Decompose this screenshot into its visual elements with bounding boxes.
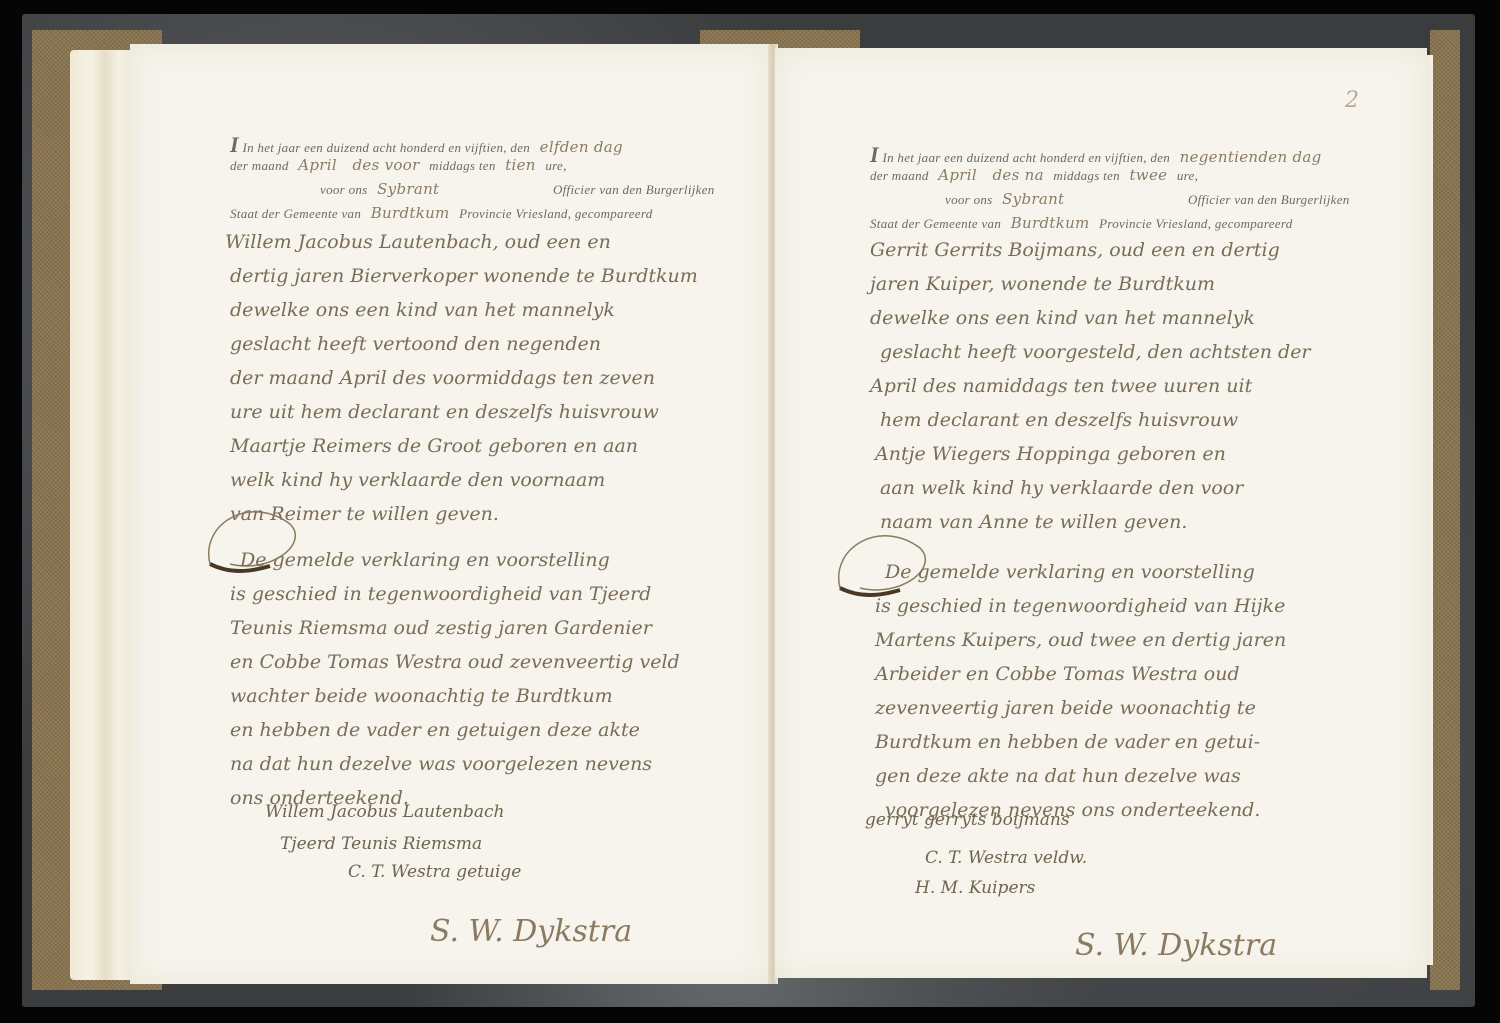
- signature-witness-2: C. T. Westra veldw.: [925, 848, 1087, 868]
- witness-line: wachter beide woonachtig te Burdtkum: [230, 680, 613, 713]
- hand-line: Willem Jacobus Lautenbach, oud een en: [225, 226, 611, 259]
- hand-line: dewelke ons een kind van het mannelyk: [230, 294, 615, 327]
- dropcap: I: [230, 132, 239, 157]
- printed-text: Provincie Vriesland, gecompareerd: [459, 206, 652, 221]
- printed-text: In het jaar een duizend acht honderd en …: [242, 140, 530, 155]
- handwritten-day: elfden dag: [540, 138, 623, 156]
- printed-text: In het jaar een duizend acht honderd en …: [882, 150, 1170, 165]
- signature-father: gerryt gerryts boijmans: [865, 810, 1070, 830]
- hand-line: aan welk kind hy verklaarde den voor: [880, 472, 1243, 505]
- signature-officer: S. W. Dykstra: [1075, 928, 1277, 963]
- hand-line: Antje Wiegers Hoppinga geboren en: [875, 438, 1226, 471]
- printed-text: der maand: [870, 168, 929, 183]
- form-line-4: Staat der Gemeente van Burdtkum Provinci…: [230, 204, 653, 222]
- printed-text: middags ten: [1053, 168, 1120, 183]
- signature-witness-1: H. M. Kuipers: [915, 878, 1035, 898]
- witness-line: Arbeider en Cobbe Tomas Westra oud: [875, 658, 1240, 691]
- witness-line: De gemelde verklaring en voorstelling: [240, 544, 610, 577]
- printed-text: ure,: [1177, 168, 1198, 183]
- witness-line: na dat hun dezelve was voorgelezen neven…: [230, 748, 652, 781]
- printed-text: Officier van den Burgerlijken: [553, 182, 715, 197]
- witness-line: en Cobbe Tomas Westra oud zevenveertig v…: [230, 646, 680, 679]
- dropcap: I: [870, 142, 879, 167]
- signature-officer: S. W. Dykstra: [430, 914, 632, 949]
- witness-line: De gemelde verklaring en voorstelling: [885, 556, 1255, 589]
- handwritten-municipality: Burdtkum: [1011, 214, 1090, 232]
- handwritten-month: April: [938, 166, 977, 184]
- form-line-3: voor ons Sybrant Officier van den Burger…: [320, 180, 715, 198]
- page-number: 2: [1345, 88, 1359, 113]
- printed-text: Staat der Gemeente van: [230, 206, 361, 221]
- hand-line: ure uit hem declarant en deszelfs huisvr…: [230, 396, 659, 429]
- witness-line: is geschied in tegenwoordigheid van Hijk…: [875, 590, 1285, 623]
- form-line-4: Staat der Gemeente van Burdtkum Provinci…: [870, 214, 1293, 232]
- hand-line: geslacht heeft voorgesteld, den achtsten…: [880, 336, 1311, 369]
- witness-line: Teunis Riemsma oud zestig jaren Gardenie…: [230, 612, 652, 645]
- printed-text: der maand: [230, 158, 289, 173]
- hand-line: April des namiddags ten twee uuren uit: [870, 370, 1252, 403]
- handwritten-day: negentienden dag: [1180, 148, 1322, 166]
- printed-text: Officier van den Burgerlijken: [1188, 192, 1350, 207]
- printed-text: Staat der Gemeente van: [870, 216, 1001, 231]
- hand-line: der maand April des voormiddags ten zeve…: [230, 362, 655, 395]
- hand-line: Maartje Reimers de Groot geboren en aan: [230, 430, 638, 463]
- witness-line: Martens Kuipers, oud twee en dertig jare…: [875, 624, 1286, 657]
- hand-line: dewelke ons een kind van het mannelyk: [870, 302, 1255, 335]
- handwritten-hour: twee: [1129, 166, 1167, 184]
- hand-line: Gerrit Gerrits Boijmans, oud een en dert…: [870, 234, 1280, 267]
- handwritten-fill: des voor: [353, 156, 420, 174]
- printed-text: voor ons: [320, 182, 368, 197]
- signature-witness-2: C. T. Westra getuige: [348, 862, 521, 882]
- hand-line: hem declarant en deszelfs huisvrouw: [880, 404, 1238, 437]
- handwritten-officer: Sybrant: [377, 180, 439, 198]
- printed-text: middags ten: [429, 158, 496, 173]
- signature-witness-1: Tjeerd Teunis Riemsma: [280, 834, 482, 854]
- handwritten-fill: des na: [993, 166, 1044, 184]
- handwritten-month: April: [298, 156, 337, 174]
- signature-father: Willem Jacobus Lautenbach: [265, 802, 504, 822]
- hand-line: geslacht heeft vertoond den negenden: [230, 328, 601, 361]
- hand-line: jaren Kuiper, wonende te Burdtkum: [870, 268, 1215, 301]
- form-line-1: I In het jaar een duizend acht honderd e…: [230, 132, 629, 158]
- right-page: 2 I In het jaar een duizend acht honderd…: [775, 48, 1427, 978]
- witness-line: Burdtkum en hebben de vader en getui-: [875, 726, 1260, 759]
- witness-line: gen deze akte na dat hun dezelve was: [875, 760, 1241, 793]
- form-line-3: voor ons Sybrant Officier van den Burger…: [945, 190, 1350, 208]
- handwritten-municipality: Burdtkum: [371, 204, 450, 222]
- witness-line: zevenveertig jaren beide woonachtig te: [875, 692, 1256, 725]
- form-line-1: I In het jaar een duizend acht honderd e…: [870, 142, 1328, 168]
- left-page: I In het jaar een duizend acht honderd e…: [130, 44, 770, 984]
- cloth-binding-right: [1430, 30, 1460, 990]
- form-line-2: der maand April des voor middags ten tie…: [230, 156, 567, 174]
- handwritten-hour: tien: [505, 156, 536, 174]
- witness-line: is geschied in tegenwoordigheid van Tjee…: [230, 578, 651, 611]
- printed-text: Provincie Vriesland, gecompareerd: [1099, 216, 1292, 231]
- printed-text: ure,: [545, 158, 566, 173]
- handwritten-officer: Sybrant: [1002, 190, 1064, 208]
- printed-text: voor ons: [945, 192, 993, 207]
- form-line-2: der maand April des na middags ten twee …: [870, 166, 1198, 184]
- witness-line: en hebben de vader en getuigen deze akte: [230, 714, 640, 747]
- hand-line: dertig jaren Bierverkoper wonende te Bur…: [230, 260, 698, 293]
